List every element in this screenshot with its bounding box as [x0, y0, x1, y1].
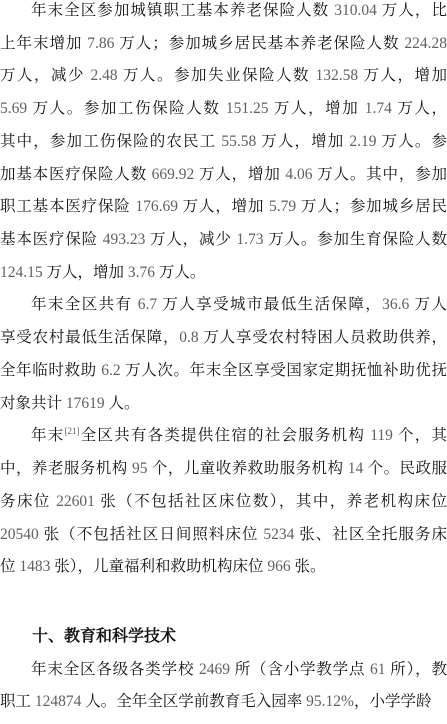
text-line: 享受农村最低生活保障，0.8 万人享受农村特困人员救助供养，: [0, 322, 447, 355]
numeric-value: 61: [370, 661, 386, 678]
text-line: 全年临时救助 6.2 万人次。年末全区享受国家定期抚恤补助优抚: [0, 355, 447, 388]
text-line: 中，养老服务机构 95 个，儿童收养救助服务机构 14 个。民政服: [0, 453, 447, 486]
text-line: 年末全区共有 6.7 万人享受城市最低生活保障，36.6 万人: [0, 289, 447, 322]
text-line: 上年末增加 7.86 万人；参加城乡居民基本养老保险人数 224.28: [0, 28, 447, 61]
text-line: 5.69 万人。参加工伤保险人数 151.25 万人，增加 1.74 万人，: [0, 93, 447, 126]
numeric-value: 0.8: [179, 329, 198, 346]
paragraph-social-insurance: 年末全区参加城镇职工基本养老保险人数 310.04 万人，比上年末增加 7.86…: [0, 0, 447, 289]
text-line: 20540 张（不包括社区日间照料床位 5234 张、社区全托服务床: [0, 519, 447, 552]
text-line: 加基本医疗保险人数 669.92 万人，增加 4.06 万人。其中，参加: [0, 159, 447, 192]
numeric-value: 5.69: [0, 100, 27, 117]
numeric-value: 95.12%: [306, 693, 354, 710]
paragraph-social-services: 年末[21]全区共有各类提供住宿的社会服务机构 119 个，其中，养老服务机构 …: [0, 420, 447, 584]
text-line: 位 1483 张），儿童福利和救助机构床位 966 张。: [0, 551, 447, 584]
numeric-value: 2469: [199, 661, 230, 678]
text-line: 职工基本医疗保险 176.69 万人，增加 5.79 万人；参加城乡居民: [0, 191, 447, 224]
text-line: 对象共计 17619 人。: [0, 388, 447, 421]
numeric-value: 2.48: [90, 67, 117, 84]
text-line: 职工 124874 人。全年全区学前教育毛入园率 95.12%，小学学龄: [0, 686, 447, 719]
text-line: 万人，减少 2.48 万人。参加失业保险人数 132.58 万人，增加: [0, 60, 447, 93]
text-line: 124.15 万人，增加 3.76 万人。: [0, 257, 447, 290]
text-line: 年末全区各级各类学校 2469 所（含小学教学点 61 所），教: [0, 654, 447, 687]
numeric-value: 1483: [19, 558, 50, 575]
text-line: 基本医疗保险 493.23 万人，减少 1.73 万人。参加生育保险人数: [0, 224, 447, 257]
document-page: { "colors": { "background": "#ffffff", "…: [0, 0, 447, 724]
numeric-value: 3.76: [128, 264, 155, 281]
numeric-value: 176.69: [135, 198, 178, 215]
numeric-value: 7.86: [87, 35, 114, 52]
text-line: 年末全区参加城镇职工基本养老保险人数 310.04 万人，比: [0, 0, 447, 28]
numeric-value: 22601: [56, 493, 95, 510]
numeric-value: 493.23: [103, 231, 146, 248]
paragraph-social-assistance: 年末全区共有 6.7 万人享受城市最低生活保障，36.6 万人享受农村最低生活保…: [0, 289, 447, 420]
numeric-value: 132.58: [315, 67, 358, 84]
text-line: 年末[21]全区共有各类提供住宿的社会服务机构 119 个，其: [0, 420, 447, 453]
numeric-value: 55.58: [221, 133, 256, 150]
numeric-value: 310.04: [334, 2, 377, 19]
numeric-value: 95: [132, 460, 148, 477]
numeric-value: 151.25: [226, 100, 269, 117]
footnote-reference: [21]: [64, 426, 79, 436]
numeric-value: 5.79: [269, 198, 296, 215]
text-line: 务床位 22601 张（不包括社区床位数），其中，养老机构床位: [0, 486, 447, 519]
paragraph-education-schools: 年末全区各级各类学校 2469 所（含小学教学点 61 所），教职工 12487…: [0, 654, 447, 719]
numeric-value: 6.2: [101, 362, 120, 379]
numeric-value: 36.6: [382, 296, 409, 313]
text-line: 其中，参加工伤保险的农民工 55.58 万人，增加 2.19 万人。参: [0, 126, 447, 159]
numeric-value: 20540: [0, 526, 39, 543]
numeric-value: 17619: [66, 395, 105, 412]
numeric-value: 1.74: [365, 100, 392, 117]
numeric-value: 5234: [263, 526, 294, 543]
numeric-value: 6.7: [138, 296, 157, 313]
bulletin-text-body: 年末全区参加城镇职工基本养老保险人数 310.04 万人，比上年末增加 7.86…: [0, 0, 447, 719]
numeric-value: 119: [370, 427, 393, 444]
numeric-value: 124.15: [0, 264, 43, 281]
numeric-value: 669.92: [152, 166, 195, 183]
numeric-value: 2.19: [349, 133, 376, 150]
numeric-value: 224.28: [404, 35, 447, 52]
numeric-value: 4.06: [285, 166, 312, 183]
numeric-value: 966: [267, 558, 290, 575]
numeric-value: 1.73: [236, 231, 263, 248]
numeric-value: 124874: [35, 693, 82, 710]
numeric-value: 14: [348, 460, 364, 477]
section-heading-education-science: 十、教育和科学技术: [0, 621, 447, 654]
